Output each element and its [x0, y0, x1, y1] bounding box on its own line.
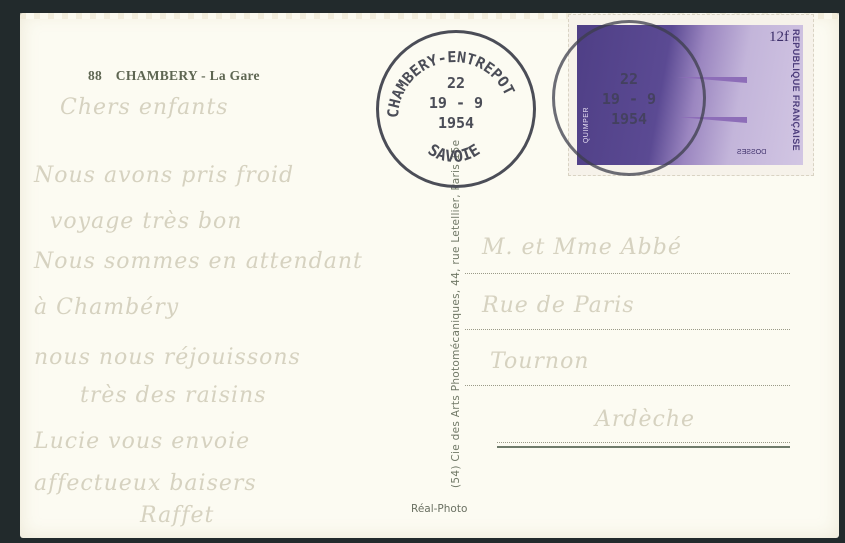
postmark-region: SAVOIE	[425, 140, 483, 166]
postmark-year: 1954	[379, 115, 533, 132]
message-line: Nous sommes en attendant	[34, 249, 363, 274]
stamp-value: 12f	[769, 29, 789, 46]
message-line: très des raisins	[80, 383, 267, 408]
postmark: CHAMBERY-ENTREPOT SAVOIE 22 19 - 9 1954	[376, 30, 536, 188]
address-line: Tournon	[490, 349, 589, 374]
message-line: à Chambéry	[34, 295, 179, 320]
message-line: Lucie vous envoie	[34, 429, 250, 454]
stamp-designer: DOSSES	[737, 149, 766, 156]
caption-number: 88	[88, 68, 102, 83]
message-signature: Raffet	[140, 503, 214, 528]
stamp-country: REPUBLIQUE FRANÇAISE	[791, 29, 801, 151]
cancellation-year: 1954	[555, 111, 703, 128]
address-rule	[465, 385, 790, 386]
message-line: nous nous réjouissons	[34, 345, 301, 370]
postmark-time-month: 19 - 9	[379, 95, 533, 112]
address-line: Ardèche	[595, 407, 695, 432]
message-line: Chers enfants	[60, 95, 229, 120]
address-rule	[465, 329, 790, 330]
address-line: M. et Mme Abbé	[482, 235, 682, 260]
message-line: Nous avons pris froid	[34, 163, 294, 188]
address-line: Rue de Paris	[482, 293, 635, 318]
address-rule	[497, 442, 790, 443]
address-underline	[497, 446, 790, 448]
message-line: affectueux baisers	[34, 471, 257, 496]
svg-text:SAVOIE: SAVOIE	[425, 140, 483, 166]
cancellation-day: 22	[555, 71, 703, 88]
stamp-cancellation: 22 19 - 9 1954	[552, 20, 706, 176]
caption-title: CHAMBERY - La Gare	[116, 68, 260, 83]
postcard-caption: 88 CHAMBERY - La Gare	[88, 68, 260, 84]
address-rule	[465, 273, 790, 274]
printer-credit: (54) Cie des Arts Photomécaniques, 44, r…	[450, 140, 462, 488]
postmark-day: 22	[379, 75, 533, 92]
photo-credit: Réal-Photo	[411, 503, 467, 515]
message-line: voyage très bon	[50, 209, 242, 234]
cancellation-month: 19 - 9	[555, 91, 703, 108]
